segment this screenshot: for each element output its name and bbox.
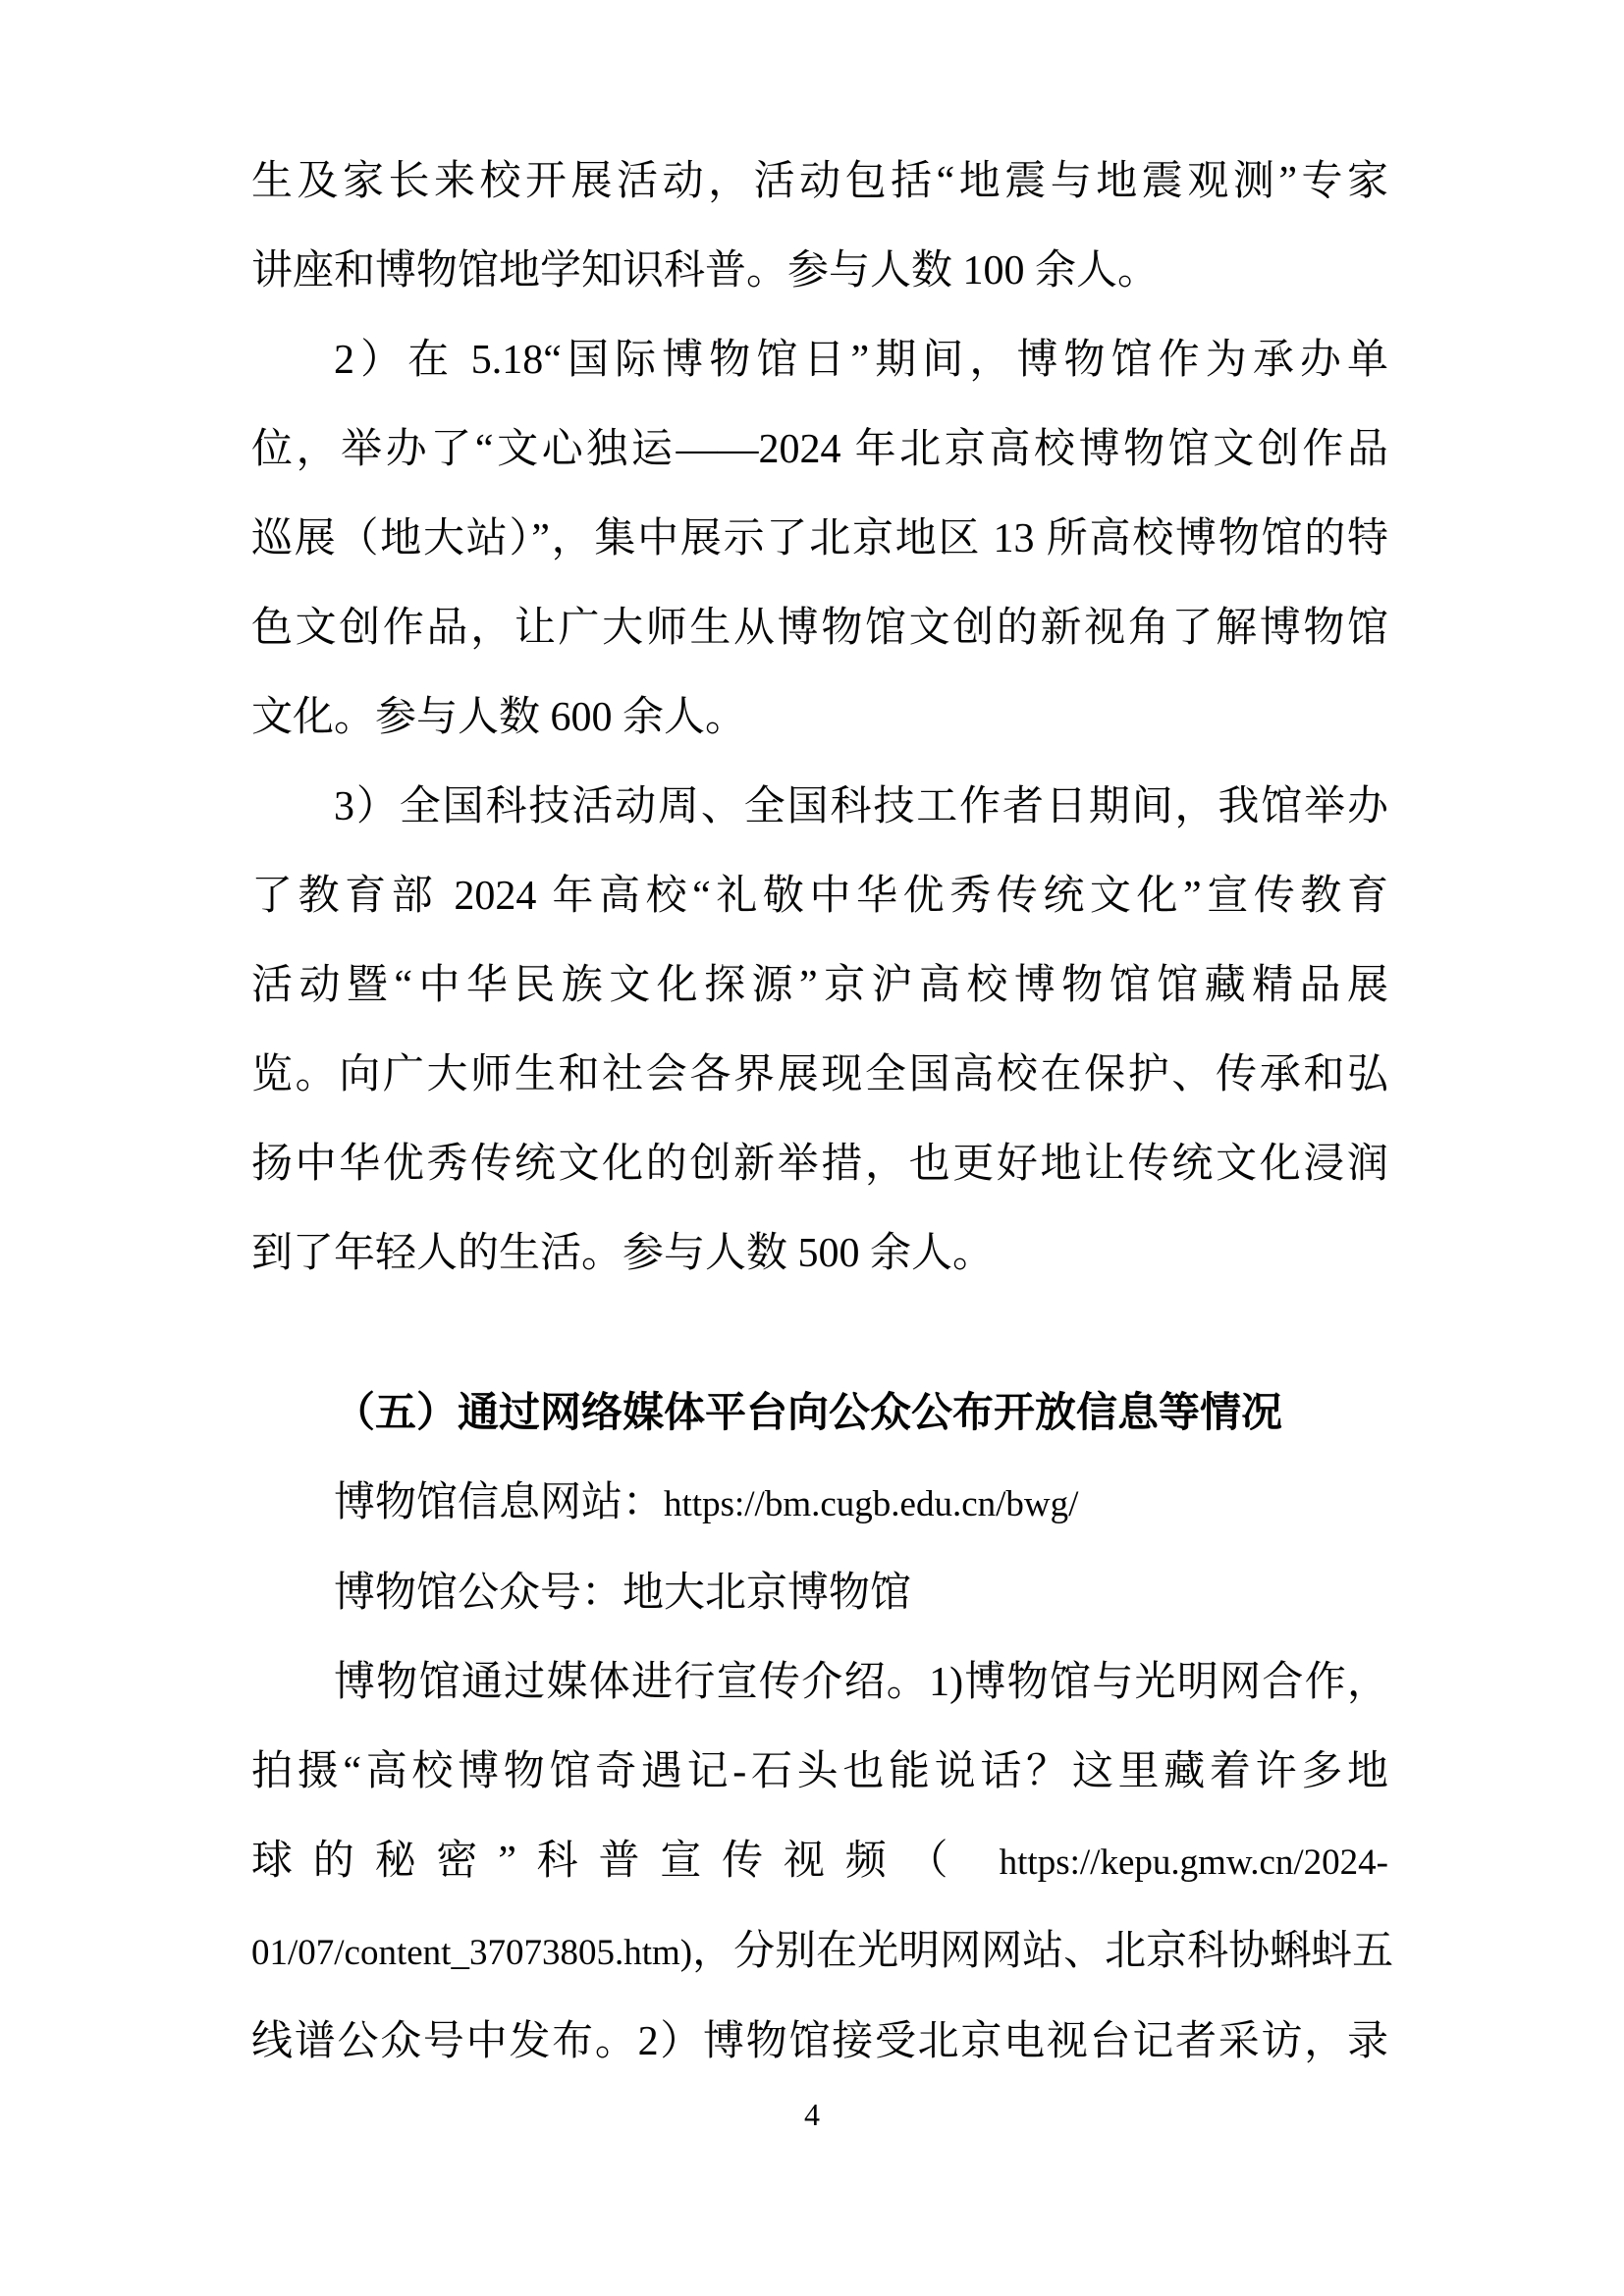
website-url: 01/07/content_37073805.htm) bbox=[251, 1933, 692, 1973]
text-line: 博物馆通过媒体进行宣传介绍。1)博物馆与光明网合作， bbox=[251, 1638, 1388, 1728]
text-line: 扬中华优秀传统文化的创新举措，也更好地让传统文化浸润 bbox=[251, 1120, 1388, 1209]
text-run: 博物馆信息网站： bbox=[334, 1480, 664, 1525]
text-line: 01/07/content_37073805.htm)，分别在光明网网站、北京科… bbox=[251, 1907, 1388, 1998]
text-line: 到了年轻人的生活。参与人数 500 余人。 bbox=[251, 1209, 1388, 1299]
text-line: 博物馆公众号：地大北京博物馆 bbox=[251, 1549, 1388, 1638]
text-line: 色文创作品，让广大师生从博物馆文创的新视角了解博物馆 bbox=[251, 584, 1388, 673]
text-line: 活动暨“中华民族文化探源”京沪高校博物馆馆藏精品展 bbox=[251, 941, 1388, 1031]
text-line: 博物馆信息网站：https://bm.cugb.edu.cn/bwg/ bbox=[251, 1459, 1388, 1549]
text-line: 球的秘密”科普宣传视频（ https://kepu.gmw.cn/2024- bbox=[251, 1817, 1388, 1907]
text-line: 了教育部 2024 年高校“礼敬中华优秀传统文化”宣传教育 bbox=[251, 852, 1388, 941]
text-run: 球的秘密”科普宣传视频（ bbox=[251, 1839, 1000, 1884]
section-heading: （五）通过网络媒体平台向公众公布开放信息等情况 bbox=[251, 1369, 1388, 1459]
text-line: 览。向广大师生和社会各界展现全国高校在保护、传承和弘 bbox=[251, 1031, 1388, 1120]
text-line: 位，举办了“文心独运——2024 年北京高校博物馆文创作品 bbox=[251, 405, 1388, 495]
text-line: 巡展（地大站）”，集中展示了北京地区 13 所高校博物馆的特 bbox=[251, 495, 1388, 584]
website-url: https://kepu.gmw.cn/2024- bbox=[1000, 1842, 1388, 1883]
text-line: 讲座和博物馆地学知识科普。参与人数 100 余人。 bbox=[251, 227, 1388, 316]
text-line: 3）全国科技活动周、全国科技工作者日期间，我馆举办 bbox=[251, 763, 1388, 852]
text-line: 拍摄“高校博物馆奇遇记-石头也能说话？这里藏着许多地 bbox=[251, 1728, 1388, 1817]
text-line: 文化。参与人数 600 余人。 bbox=[251, 673, 1388, 763]
page-footer: 4 bbox=[0, 2095, 1624, 2134]
page-number: 4 bbox=[804, 2097, 820, 2132]
text-run: ，分别在光明网网站、北京科协蝌蚪五 bbox=[692, 1929, 1393, 1974]
page-body: 生及家长来校开展活动，活动包括“地震与地震观测”专家 讲座和博物馆地学知识科普。… bbox=[251, 137, 1388, 2087]
document-page: 生及家长来校开展活动，活动包括“地震与地震观测”专家 讲座和博物馆地学知识科普。… bbox=[0, 0, 1624, 2296]
text-line: 线谱公众号中发布。2）博物馆接受北京电视台记者采访，录 bbox=[251, 1998, 1388, 2087]
text-line: 2）在 5.18“国际博物馆日”期间，博物馆作为承办单 bbox=[251, 316, 1388, 405]
text-line: 生及家长来校开展活动，活动包括“地震与地震观测”专家 bbox=[251, 137, 1388, 227]
website-url: https://bm.cugb.edu.cn/bwg/ bbox=[664, 1484, 1078, 1524]
